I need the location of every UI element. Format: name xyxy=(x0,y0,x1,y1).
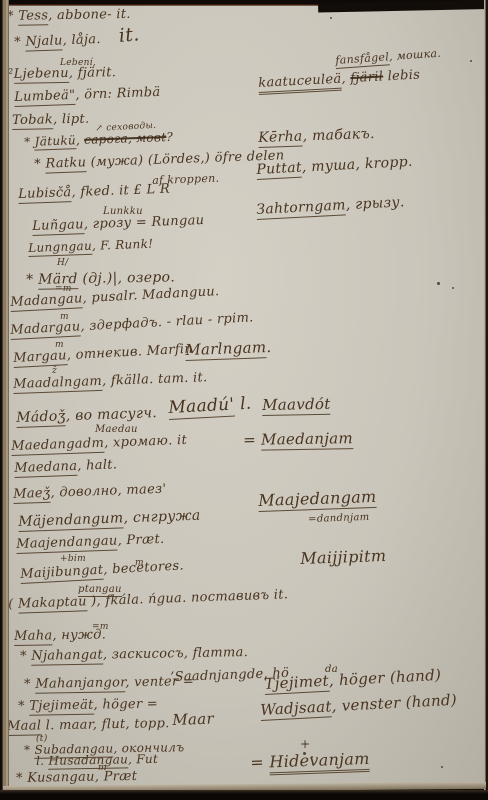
ink-speck xyxy=(330,17,332,19)
headword: Maajedangam xyxy=(258,487,377,512)
headword: Maadalngam xyxy=(13,374,102,394)
ink-speck xyxy=(303,752,306,755)
entry-text: Maijjipitm xyxy=(300,546,387,568)
entry-text: , грозу = Rungau xyxy=(84,213,205,232)
entry-text: +bim xyxy=(60,554,86,564)
headword: Tobak xyxy=(12,112,53,130)
manuscript-annotation: Maar xyxy=(172,711,214,730)
headword: Madangau xyxy=(10,291,83,312)
manuscript-entry: Maedana, halt. xyxy=(14,458,118,477)
manuscript-entry: ( Makaptau ), fkála. ńgua. поставивъ it. xyxy=(8,588,288,613)
manuscript-entry: * Jätukü, сарога, мовt? xyxy=(24,131,173,150)
entry-text: , грызу. xyxy=(345,194,405,213)
headword: Ljebenu xyxy=(13,66,69,84)
headword: Puttat xyxy=(256,160,302,180)
entry-text: , lipt. xyxy=(53,112,90,128)
entry-text: Maedau xyxy=(95,424,138,435)
entry-text: , fkälla. tam. it. xyxy=(102,370,208,389)
entry-text: , F. Runk! xyxy=(92,237,154,253)
manuscript-entry: Lubisčå, fked. it £ L R xyxy=(18,183,170,203)
entry-text: l. xyxy=(234,394,252,415)
headword: kaatuceuleä xyxy=(258,72,342,95)
entry-prefix: * xyxy=(20,649,31,664)
entry-text: , pusalr. Madanguu. xyxy=(82,284,220,306)
entry-prefix: * xyxy=(24,677,35,692)
manuscript-entry: kaatuceuleä, fjäril lebis xyxy=(258,69,421,92)
headword: fansfågel xyxy=(335,50,390,69)
manuscript-entry: * Tjejimeät, höger = xyxy=(18,698,158,715)
headword: Maadú' xyxy=(168,395,235,420)
entry-text: , снгружа xyxy=(123,508,201,527)
entry-text: , becetores. xyxy=(103,558,184,577)
manuscript-entry: Lungngau, F. Runk! xyxy=(28,238,154,256)
entry-text: , здерфадъ. - rlau - rpim. xyxy=(80,310,254,334)
entry-text: , отнекив. Marfin xyxy=(66,342,193,364)
headword: Tess xyxy=(18,8,48,26)
manuscript-entry: Tjejimet, höger (hand) xyxy=(264,667,442,693)
manuscript-entry: Tobak, lipt. xyxy=(12,113,90,129)
manuscript-entry: Maedangadm, хромаю. it xyxy=(11,434,187,455)
manuscript-entry: * Njalu, låja. xyxy=(14,33,101,51)
manuscript-entry: Wadjsaat, venster (hand) xyxy=(260,692,457,720)
manuscript-entry: * Mahanjangor, venter = xyxy=(24,675,194,693)
entry-prefix: ( xyxy=(8,597,18,612)
ink-speck xyxy=(437,282,440,285)
manuscript-entry: Mäjendangum, снгружа xyxy=(18,508,201,530)
manuscript-annotation: + xyxy=(300,738,310,752)
entry-text: , доволно, maeз' xyxy=(50,482,166,501)
manuscript-entry: * Njahangat, заскисосъ, flamma. xyxy=(20,646,248,665)
entry-text: l. maar, flut, topp. xyxy=(41,716,170,733)
headword: Maedanjam xyxy=(261,429,353,451)
manuscript-entry: Kērha, табакъ. xyxy=(258,126,375,146)
entry-prefix: * xyxy=(18,699,29,714)
manuscript-entry: ²Ljebenu, fjärit. xyxy=(8,66,116,83)
manuscript-entry: Maeǯ, доволно, maeз' xyxy=(13,483,167,503)
headword: Maedangadm xyxy=(11,436,104,456)
entry-text: Maar xyxy=(172,710,214,729)
headword: Mäjendangum xyxy=(18,510,124,532)
entry-text: , låja. xyxy=(62,32,101,48)
manuscript-annotation: it. xyxy=(118,24,140,48)
manuscript-entry: Maal l. maar, flut, topp. xyxy=(7,717,170,735)
headword: Lubisčå xyxy=(18,185,72,204)
entry-prefix: * xyxy=(34,157,46,172)
headword: Lungngau xyxy=(28,239,92,257)
headword: Margau xyxy=(13,348,67,368)
entry-text: , хромаю. it xyxy=(104,433,187,451)
entry-text: + xyxy=(300,737,310,751)
manuscript-entry: * Ratku (мужа) (Lördes,) öfre delen xyxy=(34,149,285,173)
headword: Hidevanjam xyxy=(269,749,370,775)
entry-text: ? xyxy=(166,130,173,144)
headword: Maeǯ xyxy=(13,486,51,504)
entry-text: =dandnjam xyxy=(308,512,370,525)
headword: Mahanjangor xyxy=(35,675,125,694)
headword: Tjejimeät xyxy=(29,698,94,716)
headword: Maijibungat xyxy=(20,563,104,584)
manuscript-annotation: Maijjipitm xyxy=(300,547,387,568)
manuscript-annotation: =dandnjam xyxy=(308,512,370,526)
entry-text: , Præt xyxy=(95,769,138,785)
entry-prefix: * xyxy=(16,771,27,786)
manuscript-entry: = Maedanjam xyxy=(243,430,353,449)
ink-speck xyxy=(452,287,454,289)
entry-text: H/ xyxy=(57,258,68,268)
entry-text: , fjärit. xyxy=(69,65,117,81)
manuscript-entry: Maadalngam, fkälla. tam. it. xyxy=(13,371,208,393)
headword: Ratku xyxy=(45,155,86,173)
headword: Njahangat xyxy=(31,648,103,666)
entry-text: , табакъ. xyxy=(302,126,375,145)
headword: Mádoǯ xyxy=(16,408,66,428)
manuscript-entry: Maajedangam xyxy=(258,488,377,511)
manuscript-entry: Luñgau, грозу = Rungau xyxy=(32,214,205,235)
entry-prefix: * xyxy=(26,272,38,288)
entry-text: , Præt. xyxy=(117,532,164,549)
headword: Madargau xyxy=(10,319,81,340)
book-edge-left xyxy=(0,0,9,800)
book-edge-bottom xyxy=(0,790,488,800)
entry-text: , мошка. xyxy=(389,47,442,64)
manuscript-entry: Marlngam. xyxy=(185,339,272,359)
entry-prefix: = xyxy=(250,752,270,772)
headword: Husadangau xyxy=(48,752,128,769)
manuscript-entry: * Märd (дj.)|, озеро. xyxy=(26,269,175,288)
headword: Maajendangau xyxy=(16,533,118,554)
headword: Maedana xyxy=(14,459,78,478)
headword: Jätukü xyxy=(34,133,76,150)
manuscript-entry: Maavdót xyxy=(262,396,331,414)
headword: Luñgau xyxy=(32,217,84,236)
manuscript-lines-layer: * Tess, abbone- it.* Njalu, låja.it.Lebe… xyxy=(0,0,488,800)
entry-text: , нужд. xyxy=(52,627,106,643)
headword: Wadjsaat xyxy=(260,697,332,721)
headword: Makaptau xyxy=(18,594,87,613)
manuscript-entry: Madargau, здерфадъ. - rlau - rpim. xyxy=(10,311,254,339)
headword: Tjejimet xyxy=(264,672,329,695)
manuscript-entry: = Hidevanjam xyxy=(250,750,370,773)
entry-prefix: * xyxy=(14,35,26,50)
ink-speck xyxy=(470,60,472,62)
entry-text: , abbone- it. xyxy=(48,7,131,23)
manuscript-entry: Maadú' l. xyxy=(168,395,252,419)
entry-text: , höger (hand) xyxy=(328,666,441,690)
headword: Njalu xyxy=(25,33,63,51)
entry-text: , fked. it £ L R xyxy=(71,182,170,200)
entry-text: . xyxy=(266,338,272,356)
entry-text: lebis xyxy=(383,68,421,85)
manuscript-entry: Margau, отнекив. Marfin xyxy=(13,343,193,367)
entry-text: , туша, kropp. xyxy=(301,154,413,176)
entry-text: , örn: Rimbä xyxy=(75,85,161,103)
manuscript-entry: Maajendangau, Præt. xyxy=(16,533,165,553)
manuscript-annotation: H/ xyxy=(57,258,68,268)
manuscript-entry: Mádoǯ, во тасугч. xyxy=(16,405,157,426)
headword: Kērha xyxy=(258,128,303,148)
headword: Зahtorngam xyxy=(256,197,346,220)
entry-text: , Fut xyxy=(128,752,158,767)
entry-text: , во тасугч. xyxy=(65,405,157,424)
book-scan: * Tess, abbone- it.* Njalu, låja.it.Lebe… xyxy=(0,0,488,800)
headword: Maavdót xyxy=(262,395,331,416)
manuscript-entry: Maha, нужд. xyxy=(14,628,106,645)
entry-text: , höger = xyxy=(93,697,158,713)
manuscript-entry: Lumbeä", örn: Rimbä xyxy=(14,86,161,106)
entry-text: , заскисосъ, flamma. xyxy=(103,645,248,663)
ink-speck xyxy=(441,766,443,768)
entry-text: it. xyxy=(118,23,140,47)
struck-text: сарога, мовt xyxy=(84,130,167,147)
entry-prefix: l. xyxy=(36,754,49,768)
manuscript-entry: Зahtorngam, грызу. xyxy=(256,194,405,218)
manuscript-entry: * Tess, abbone- it. xyxy=(7,8,131,25)
entry-text: , venster (hand) xyxy=(331,691,457,716)
headword: Lumbeä" xyxy=(14,88,76,107)
entry-text: (дj.)|, озеро. xyxy=(78,269,176,287)
entry-text: , halt. xyxy=(77,457,118,473)
entry-prefix: = xyxy=(243,431,261,449)
headword: Maha xyxy=(14,628,53,646)
book-edge-right xyxy=(484,0,488,800)
headword: Marlngam xyxy=(185,338,267,361)
struck-text: fjäril xyxy=(350,69,384,86)
manuscript-entry: fansfågel, мошка. xyxy=(335,48,442,68)
entry-text: (мужа) (Lördes,) öfre delen xyxy=(86,148,285,170)
ink-speck xyxy=(311,756,313,758)
manuscript-entry: Maijibungat, becetores. xyxy=(20,559,184,582)
